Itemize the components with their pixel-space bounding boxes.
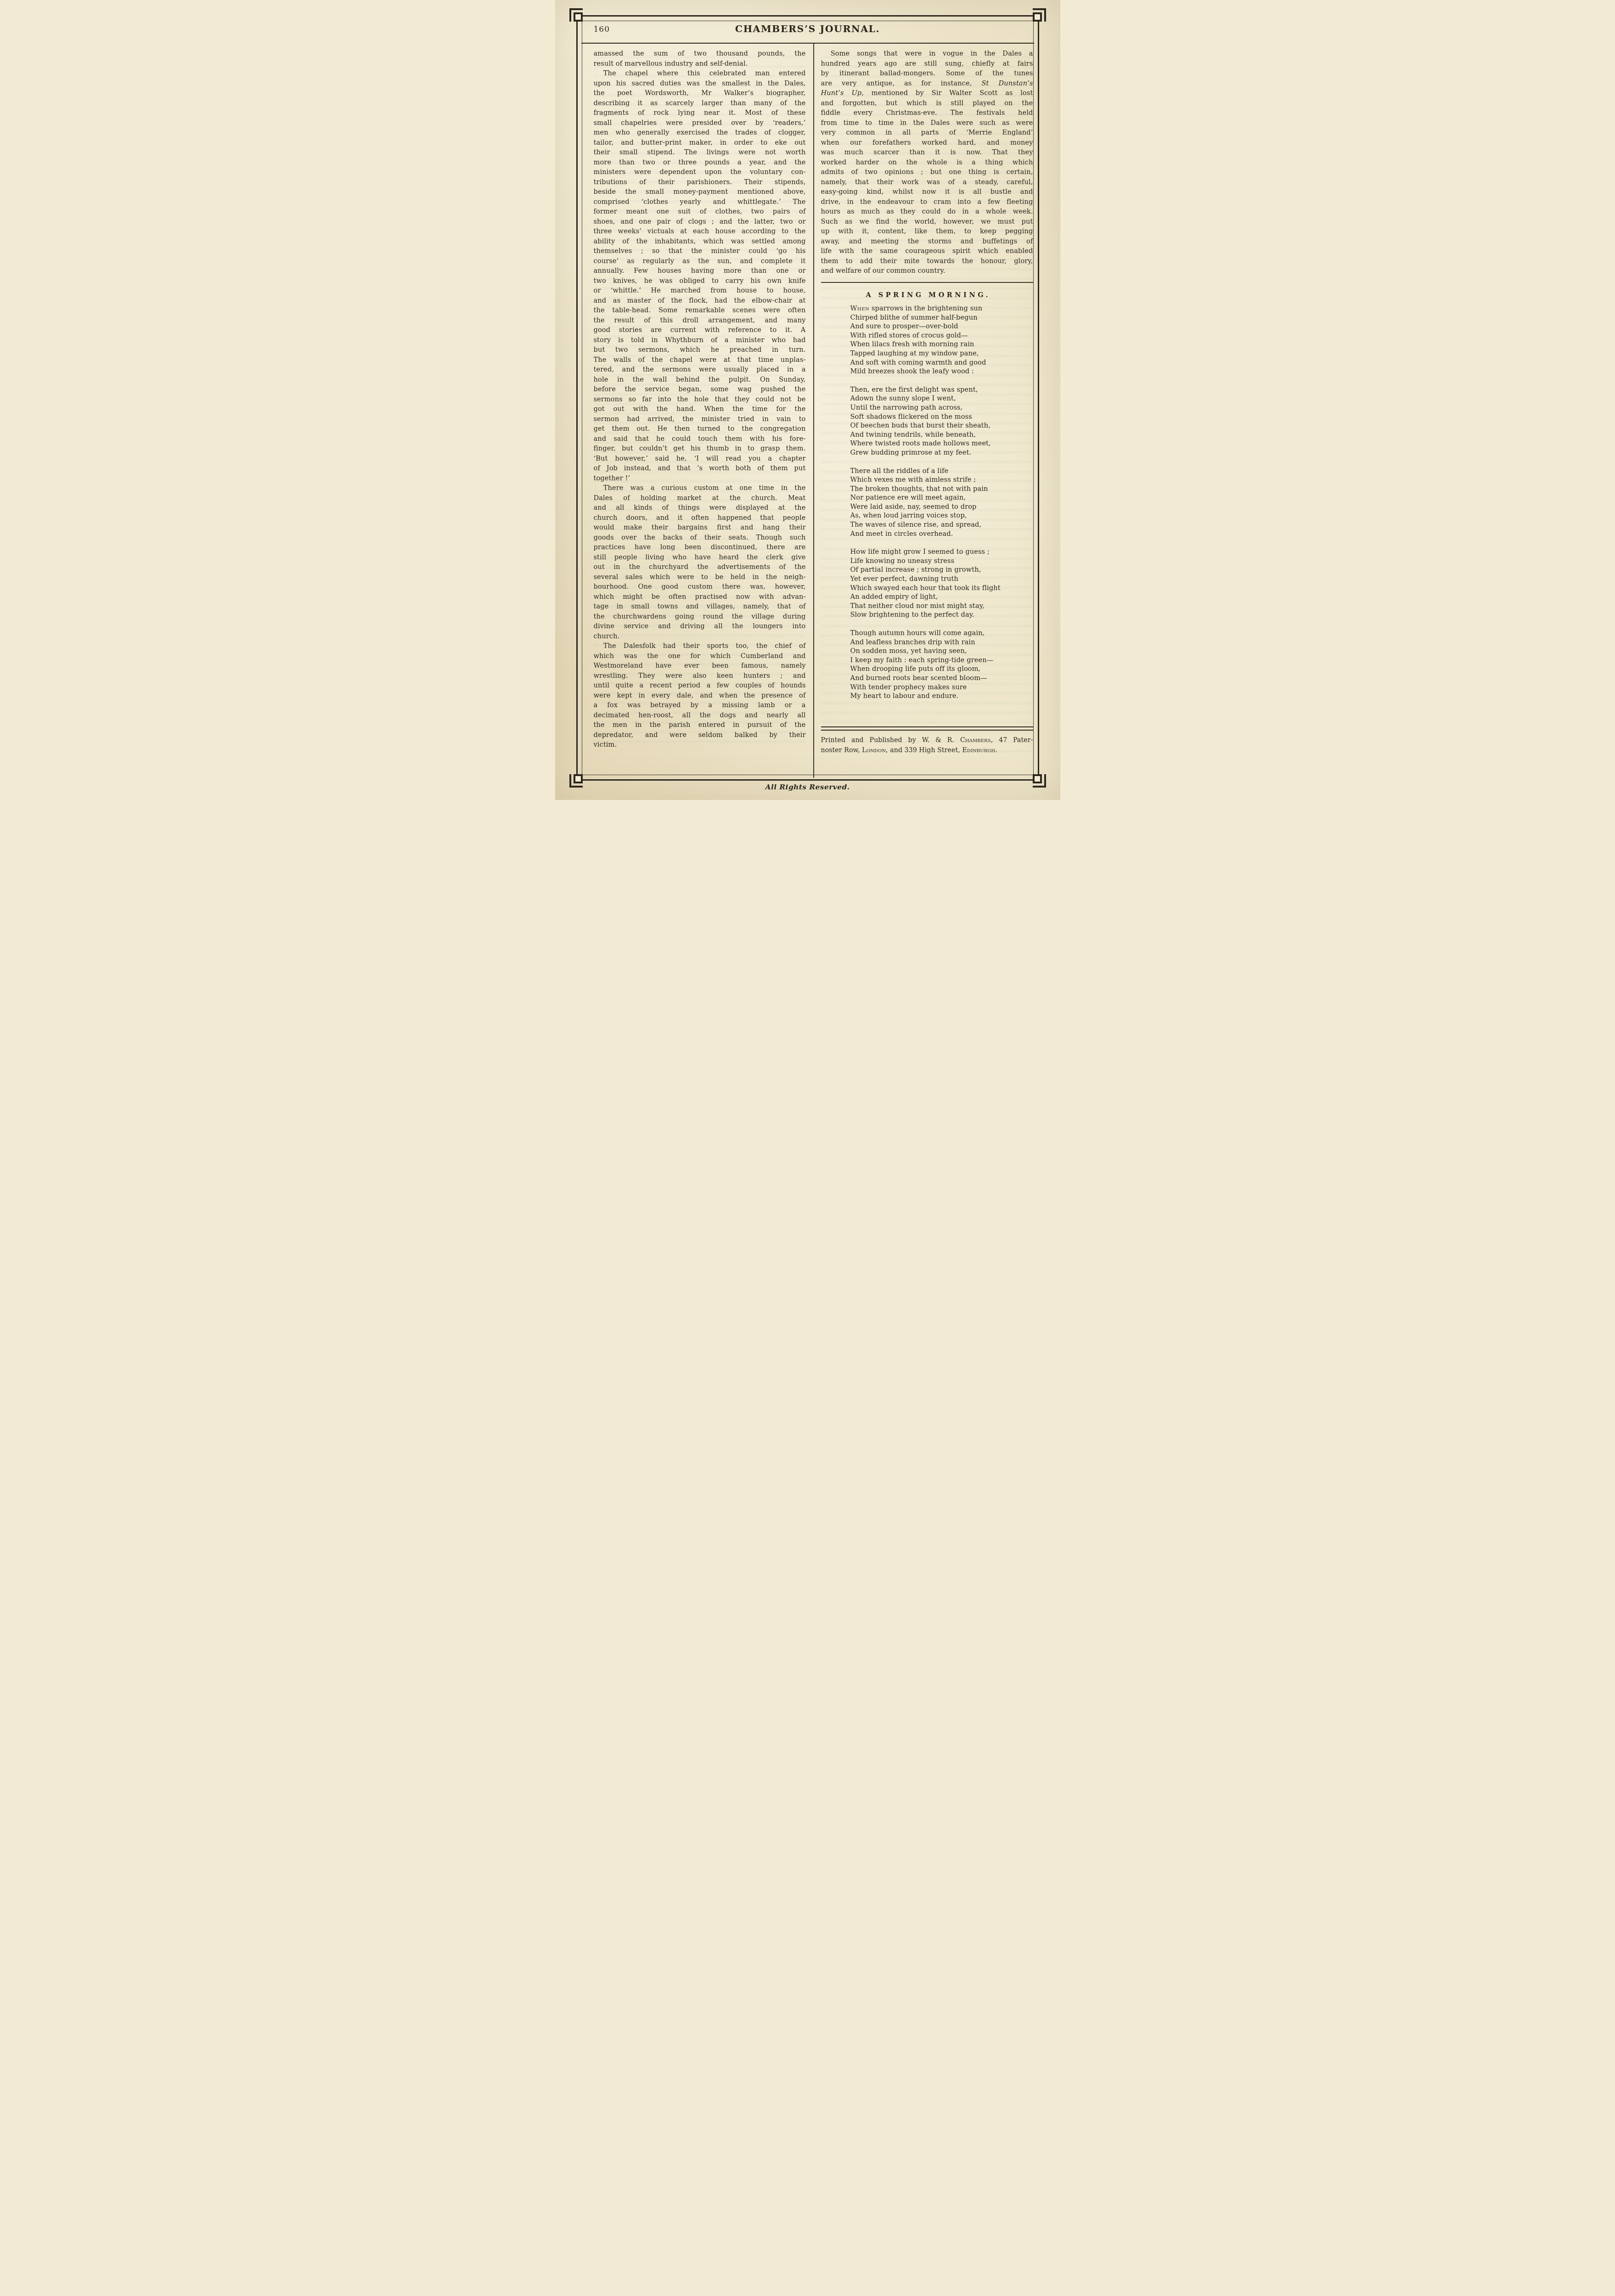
- poem-line: Adown the sunny slope I went,: [850, 394, 1033, 403]
- text-line: the churchwardens going round the villag…: [594, 612, 806, 622]
- text-line: divine service and driving all the loung…: [594, 621, 806, 631]
- right-column: Some songs that were in vogue in the Dal…: [821, 49, 1033, 755]
- text-line: course’ as regularly as the sun, and com…: [594, 256, 806, 266]
- text-line: upon his sacred duties was the smallest …: [594, 79, 806, 89]
- right-column-prose: Some songs that were in vogue in the Dal…: [821, 49, 1033, 276]
- text-line: Dales of holding market at the church. M…: [594, 493, 806, 503]
- poem-line: Nor patience ere will meet again,: [850, 493, 1033, 502]
- poem-line: Then, ere the first delight was spent,: [850, 385, 1033, 394]
- text-line: when our forefathers worked hard, and mo…: [821, 138, 1033, 148]
- poem-line: My heart to labour and endure.: [850, 692, 1033, 701]
- poem-line: Mild breezes shook the leafy wood :: [850, 367, 1033, 376]
- text-line: and all kinds of things were displayed a…: [594, 503, 806, 513]
- text-line: a fox was betrayed by a missing lamb or …: [594, 700, 806, 710]
- paragraph: The chapel where this celebrated man ent…: [594, 68, 806, 483]
- text-line: There was a curious custom at one time i…: [594, 483, 806, 493]
- text-line: were kept in every dale, and when the pr…: [594, 691, 806, 701]
- column-divider-rule: [813, 44, 814, 778]
- paragraph: Some songs that were in vogue in the Dal…: [821, 49, 1033, 276]
- text-line: which might be often practised now with …: [594, 592, 806, 602]
- poem-line: Soft shadows flickered on the moss: [850, 412, 1033, 422]
- poem-line: I keep my faith : each spring-tide green…: [850, 656, 1033, 665]
- text-line: or ‘whittle.’ He marched from house to h…: [594, 286, 806, 296]
- text-line: small chapelries were presided over by ‘…: [594, 118, 806, 128]
- text-line: and forgotten, but which is still played…: [821, 98, 1033, 108]
- poem-line: That neither cloud nor mist might stay,: [850, 602, 1033, 611]
- poem-line: Where twisted roots made hollows meet,: [850, 439, 1033, 448]
- poem-line: The broken thoughts, that not with pain: [850, 484, 1033, 494]
- text-line: several sales which were to be held in t…: [594, 572, 806, 582]
- poem-line: Slow brightening to the perfect day.: [850, 610, 1033, 619]
- text-line: former meant one suit of clothes, two pa…: [594, 207, 806, 217]
- text-line: describing it as scarcely larger than ma…: [594, 98, 806, 108]
- text-line: The Dalesfolk had their sports too, the …: [594, 641, 806, 651]
- poem-line: On sodden moss, yet having seen,: [850, 647, 1033, 656]
- corner-ornament-top-right: [1030, 8, 1046, 24]
- text-line: sermons so far into the hole that they c…: [594, 394, 806, 405]
- text-line: comprised ‘clothes yearly and whittlegat…: [594, 197, 806, 207]
- text-line: admits of two opinions ; but one thing i…: [821, 167, 1033, 177]
- text-line: Some songs that were in vogue in the Dal…: [821, 49, 1033, 59]
- text-line: them to add their mite towards the honou…: [821, 256, 1033, 266]
- text-line: namely, that their work was of a steady,…: [821, 177, 1033, 187]
- poem-line: And leafless branches drip with rain: [850, 638, 1033, 647]
- text-line: The walls of the chapel were at that tim…: [594, 355, 806, 365]
- text-line: hours as much as they could do in a whol…: [821, 207, 1033, 217]
- text-line: Westmoreland have ever been famous, name…: [594, 661, 806, 671]
- text-line: the table-head. Some remarkable scenes w…: [594, 305, 806, 315]
- text-line: three weeks’ victuals at each house acco…: [594, 226, 806, 236]
- imprint-line: noster Row, London, and 339 High Street,…: [821, 746, 1033, 756]
- poem-line: Grew budding primrose at my feet.: [850, 448, 1033, 457]
- text-line: their small stipend. The livings were no…: [594, 147, 806, 158]
- imprint-double-rule: [821, 726, 1033, 731]
- text-line: hole in the wall behind the pulpit. On S…: [594, 375, 806, 385]
- paragraph: The Dalesfolk had their sports too, the …: [594, 641, 806, 750]
- text-line: the men in the parish entered in pursuit…: [594, 720, 806, 730]
- text-line: men who generally exercised the trades o…: [594, 128, 806, 138]
- text-line: themselves ; so that the minister could …: [594, 246, 806, 256]
- text-line: and welfare of our common country.: [821, 266, 1033, 276]
- text-line: goods over the backs of their seats. Tho…: [594, 533, 806, 543]
- poem-line: Chirped blithe of summer half-begun: [850, 313, 1033, 322]
- poem-line: When lilacs fresh with morning rain: [850, 340, 1033, 349]
- text-line: practices have long been discontinued, t…: [594, 542, 806, 552]
- text-line: beside the small money-payment mentioned…: [594, 187, 806, 197]
- text-line: of Job instead, and that ’s worth both o…: [594, 463, 806, 473]
- text-line: annually. Few houses having more than on…: [594, 266, 806, 276]
- left-column: amassed the sum of two thousand pounds, …: [594, 49, 806, 750]
- poem-stanza: Then, ere the first delight was spent,Ad…: [850, 385, 1033, 457]
- text-line: finger, but couldn’t get his thumb in to…: [594, 444, 806, 454]
- poem: When sparrows in the brightening sunChir…: [821, 304, 1033, 701]
- text-line: would make their bargains first and hang…: [594, 523, 806, 533]
- poem-line: And sure to prosper—over-bold: [850, 322, 1033, 331]
- poem-line: With rifled stores of crocus gold—: [850, 331, 1033, 340]
- text-line: from time to time in the Dales were such…: [821, 118, 1033, 128]
- publisher-imprint: Printed and Published by W. & R. Chamber…: [821, 736, 1033, 755]
- text-line: got out with the hand. When the time for…: [594, 404, 806, 414]
- section-divider-rule: [821, 282, 1033, 283]
- text-line: victim.: [594, 740, 806, 750]
- text-line: the poet Wordsworth, Mr Walker’s biograp…: [594, 88, 806, 98]
- journal-title: CHAMBERS’S JOURNAL.: [555, 23, 1060, 34]
- text-line: church doors, and it often happened that…: [594, 513, 806, 523]
- text-line: up with it, content, like them, to keep …: [821, 226, 1033, 236]
- poem-line: Of beechen buds that burst their sheath,: [850, 421, 1033, 430]
- text-line: was much scarcer than it is now. That th…: [821, 147, 1033, 158]
- header-rule: [581, 43, 1034, 44]
- text-line: tage in small towns and villages, namely…: [594, 602, 806, 612]
- poem-line: And meet in circles overhead.: [850, 529, 1033, 539]
- text-line: easy-going kind, whilst now it is all bu…: [821, 187, 1033, 197]
- text-line: out in the churchyard the advertisements…: [594, 562, 806, 572]
- poem-stanza: How life might grow I seemed to guess ;L…: [850, 547, 1033, 619]
- text-line: hundred years ago are still sung, chiefl…: [821, 59, 1033, 69]
- poem-line: How life might grow I seemed to guess ;: [850, 547, 1033, 557]
- poem-line: Though autumn hours will come again,: [850, 629, 1033, 638]
- text-line: which was the one for which Cumberland a…: [594, 651, 806, 661]
- corner-ornament-top-left: [569, 8, 585, 24]
- text-line: until quite a recent period a few couple…: [594, 681, 806, 691]
- text-line: and said that he could touch them with h…: [594, 434, 806, 444]
- text-line: two knives, he was obliged to carry his …: [594, 276, 806, 286]
- text-line: before the service began, some wag pushe…: [594, 384, 806, 394]
- poem-stanza: When sparrows in the brightening sunChir…: [850, 304, 1033, 376]
- text-line: ‘But however,’ said he, ‘I will read you…: [594, 454, 806, 464]
- poem-line: And twining tendrils, while beneath,: [850, 430, 1033, 439]
- text-line: ministers were dependent upon the volunt…: [594, 167, 806, 177]
- text-line: wrestling. They were also keen hunters ;…: [594, 671, 806, 681]
- text-line: tered, and the sermons were usually plac…: [594, 365, 806, 375]
- poem-line: Life knowing no uneasy stress: [850, 557, 1033, 566]
- poem-line: Yet ever perfect, dawning truth: [850, 574, 1033, 584]
- text-line: sermon had arrived, the minister tried i…: [594, 414, 806, 424]
- poem-line: Until the narrowing path across,: [850, 403, 1033, 412]
- text-line: by itinerant ballad-mongers. Some of the…: [821, 68, 1033, 79]
- text-line: Such as we find the world, however, we m…: [821, 217, 1033, 227]
- text-line: very common in all parts of ‘Merrie Engl…: [821, 128, 1033, 138]
- poem-line: As, when loud jarring voices stop,: [850, 511, 1033, 520]
- poem-line: With tender prophecy makes sure: [850, 683, 1033, 692]
- text-line: but two sermons, which he preached in tu…: [594, 345, 806, 355]
- poem-line: The waves of silence rise, and spread,: [850, 520, 1033, 529]
- poem-line: There all the riddles of a life: [850, 467, 1033, 476]
- text-line: ability of the inhabitants, which was se…: [594, 236, 806, 247]
- text-line: and as master of the flock, had the elbo…: [594, 296, 806, 306]
- text-line: result of marvellous industry and self-d…: [594, 59, 806, 69]
- text-line: good stories are current with reference …: [594, 325, 806, 335]
- text-line: more than two or three pounds a year, an…: [594, 158, 806, 168]
- text-line: life with the same courageous spirit whi…: [821, 246, 1033, 256]
- journal-page-scan: 160 CHAMBERS’S JOURNAL. amassed the sum …: [555, 0, 1060, 800]
- poem-line: When drooping life puts off its gloom,: [850, 664, 1033, 674]
- text-line: depredator, and were seldom balked by th…: [594, 730, 806, 740]
- poem-line: And soft with coming warmth and good: [850, 358, 1033, 367]
- text-line: are very antique, as for instance, St Du…: [821, 79, 1033, 89]
- poem-line: Which swayed each hour that took its fli…: [850, 584, 1033, 593]
- text-line: still people living who have heard the c…: [594, 552, 806, 563]
- text-line: fiddle every Christmas-eve. The festival…: [821, 108, 1033, 118]
- imprint-line: Printed and Published by W. & R. Chamber…: [821, 736, 1033, 746]
- text-line: away, and meeting the storms and buffeti…: [821, 236, 1033, 247]
- text-line: shoes, and one pair of clogs ; and the l…: [594, 217, 806, 227]
- text-line: amassed the sum of two thousand pounds, …: [594, 49, 806, 59]
- text-line: fragments of rock lying near it. Most of…: [594, 108, 806, 118]
- poem-stanza: Though autumn hours will come again,And …: [850, 629, 1033, 701]
- text-line: worked harder on the whole is a thing wh…: [821, 158, 1033, 168]
- rights-notice: All Rights Reserved.: [555, 782, 1060, 791]
- poem-line: And burned roots bear scented bloom—: [850, 674, 1033, 683]
- text-line: Hunt’s Up, mentioned by Sir Walter Scott…: [821, 88, 1033, 98]
- text-line: decimated hen-roost, all the dogs and ne…: [594, 710, 806, 720]
- poem-line: When sparrows in the brightening sun: [850, 304, 1033, 313]
- poem-stanza: There all the riddles of a lifeWhich vex…: [850, 467, 1033, 539]
- text-line: bourhood. One good custom there was, how…: [594, 582, 806, 592]
- text-line: church.: [594, 631, 806, 642]
- text-line: drive, in the endeavour to cram into a f…: [821, 197, 1033, 207]
- text-line: the result of this droll arrangement, an…: [594, 315, 806, 326]
- poem-line: Of partial increase ; strong in growth,: [850, 565, 1033, 574]
- poem-line: Which vexes me with aimless strife ;: [850, 475, 1033, 484]
- text-line: get them out. He then turned to the cong…: [594, 424, 806, 434]
- text-line: The chapel where this celebrated man ent…: [594, 68, 806, 79]
- text-line: together !’: [594, 473, 806, 484]
- poem-line: Were laid aside, nay, seemed to drop: [850, 502, 1033, 512]
- text-line: tailor, and butter-print maker, in order…: [594, 138, 806, 148]
- poem-title: A SPRING MORNING.: [821, 290, 1033, 300]
- poem-line: Tapped laughing at my window pane,: [850, 349, 1033, 358]
- paragraph: There was a curious custom at one time i…: [594, 483, 806, 641]
- poem-line: An added empiry of light,: [850, 592, 1033, 602]
- text-line: tributions of their parishioners. Their …: [594, 177, 806, 187]
- paragraph: amassed the sum of two thousand pounds, …: [594, 49, 806, 68]
- text-line: story is told in Whythburn of a minister…: [594, 335, 806, 345]
